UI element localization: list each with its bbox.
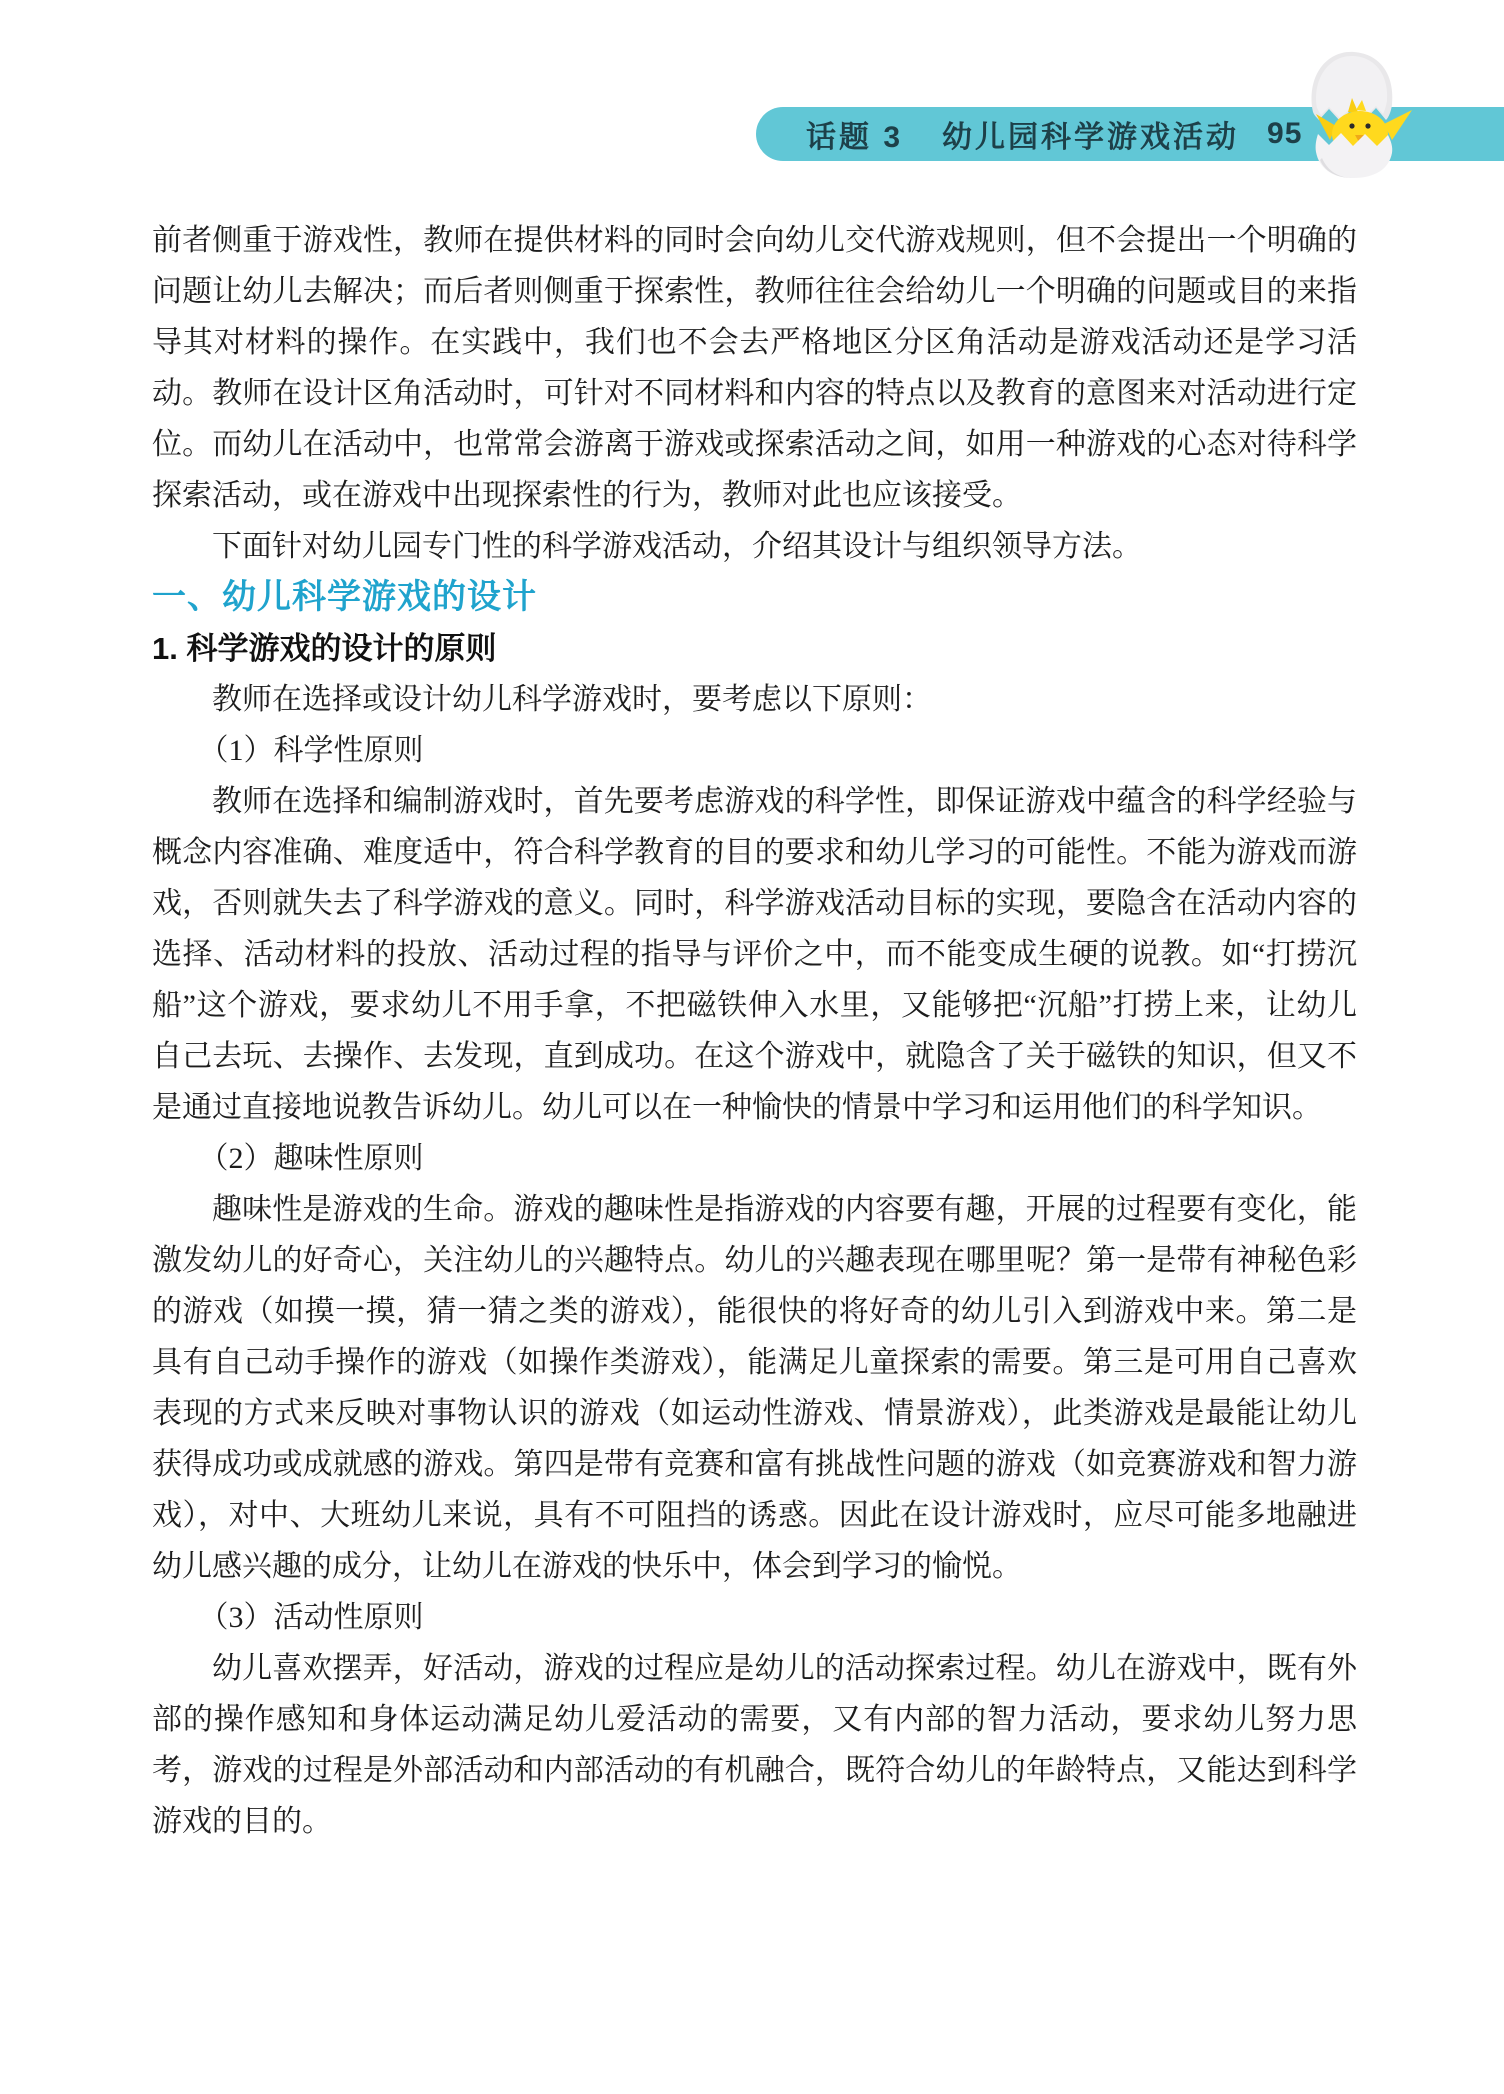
book-page: 话题 3 幼儿园科学游戏活动 95 前者侧重于 bbox=[0, 0, 1504, 2094]
hatching-chick-icon bbox=[1292, 46, 1416, 180]
hatching-chick-svg bbox=[1292, 46, 1416, 180]
principle-1-label: （1）科学性原则 bbox=[152, 725, 1357, 776]
chapter-label: 话题 3 bbox=[806, 112, 903, 156]
principle-3-label: （3）活动性原则 bbox=[152, 1592, 1357, 1643]
section-heading: 一、幼儿科学游戏的设计 bbox=[152, 572, 1357, 623]
subsection-heading: 1. 科学游戏的设计的原则 bbox=[152, 623, 1357, 674]
principle-3-body: 幼儿喜欢摆弄，好活动，游戏的过程应是幼儿的活动探索过程。幼儿在游戏中，既有外部的… bbox=[152, 1643, 1357, 1847]
principle-2-body: 趣味性是游戏的生命。游戏的趣味性是指游戏的内容要有趣，开展的过程要有变化，能激发… bbox=[152, 1184, 1357, 1592]
lead-in-paragraph: 教师在选择或设计幼儿科学游戏时，要考虑以下原则： bbox=[152, 674, 1357, 725]
principle-2-label: （2）趣味性原则 bbox=[152, 1133, 1357, 1184]
page-content: 前者侧重于游戏性，教师在提供材料的同时会向幼儿交代游戏规则，但不会提出一个明确的… bbox=[152, 215, 1357, 1847]
principle-1-body: 教师在选择和编制游戏时，首先要考虑游戏的科学性，即保证游戏中蕴含的科学经验与概念… bbox=[152, 776, 1357, 1133]
opening-paragraph-2: 下面针对幼儿园专门性的科学游戏活动，介绍其设计与组织领导方法。 bbox=[152, 521, 1357, 572]
opening-paragraph-1: 前者侧重于游戏性，教师在提供材料的同时会向幼儿交代游戏规则，但不会提出一个明确的… bbox=[152, 215, 1357, 521]
chapter-title: 幼儿园科学游戏活动 bbox=[942, 112, 1239, 156]
